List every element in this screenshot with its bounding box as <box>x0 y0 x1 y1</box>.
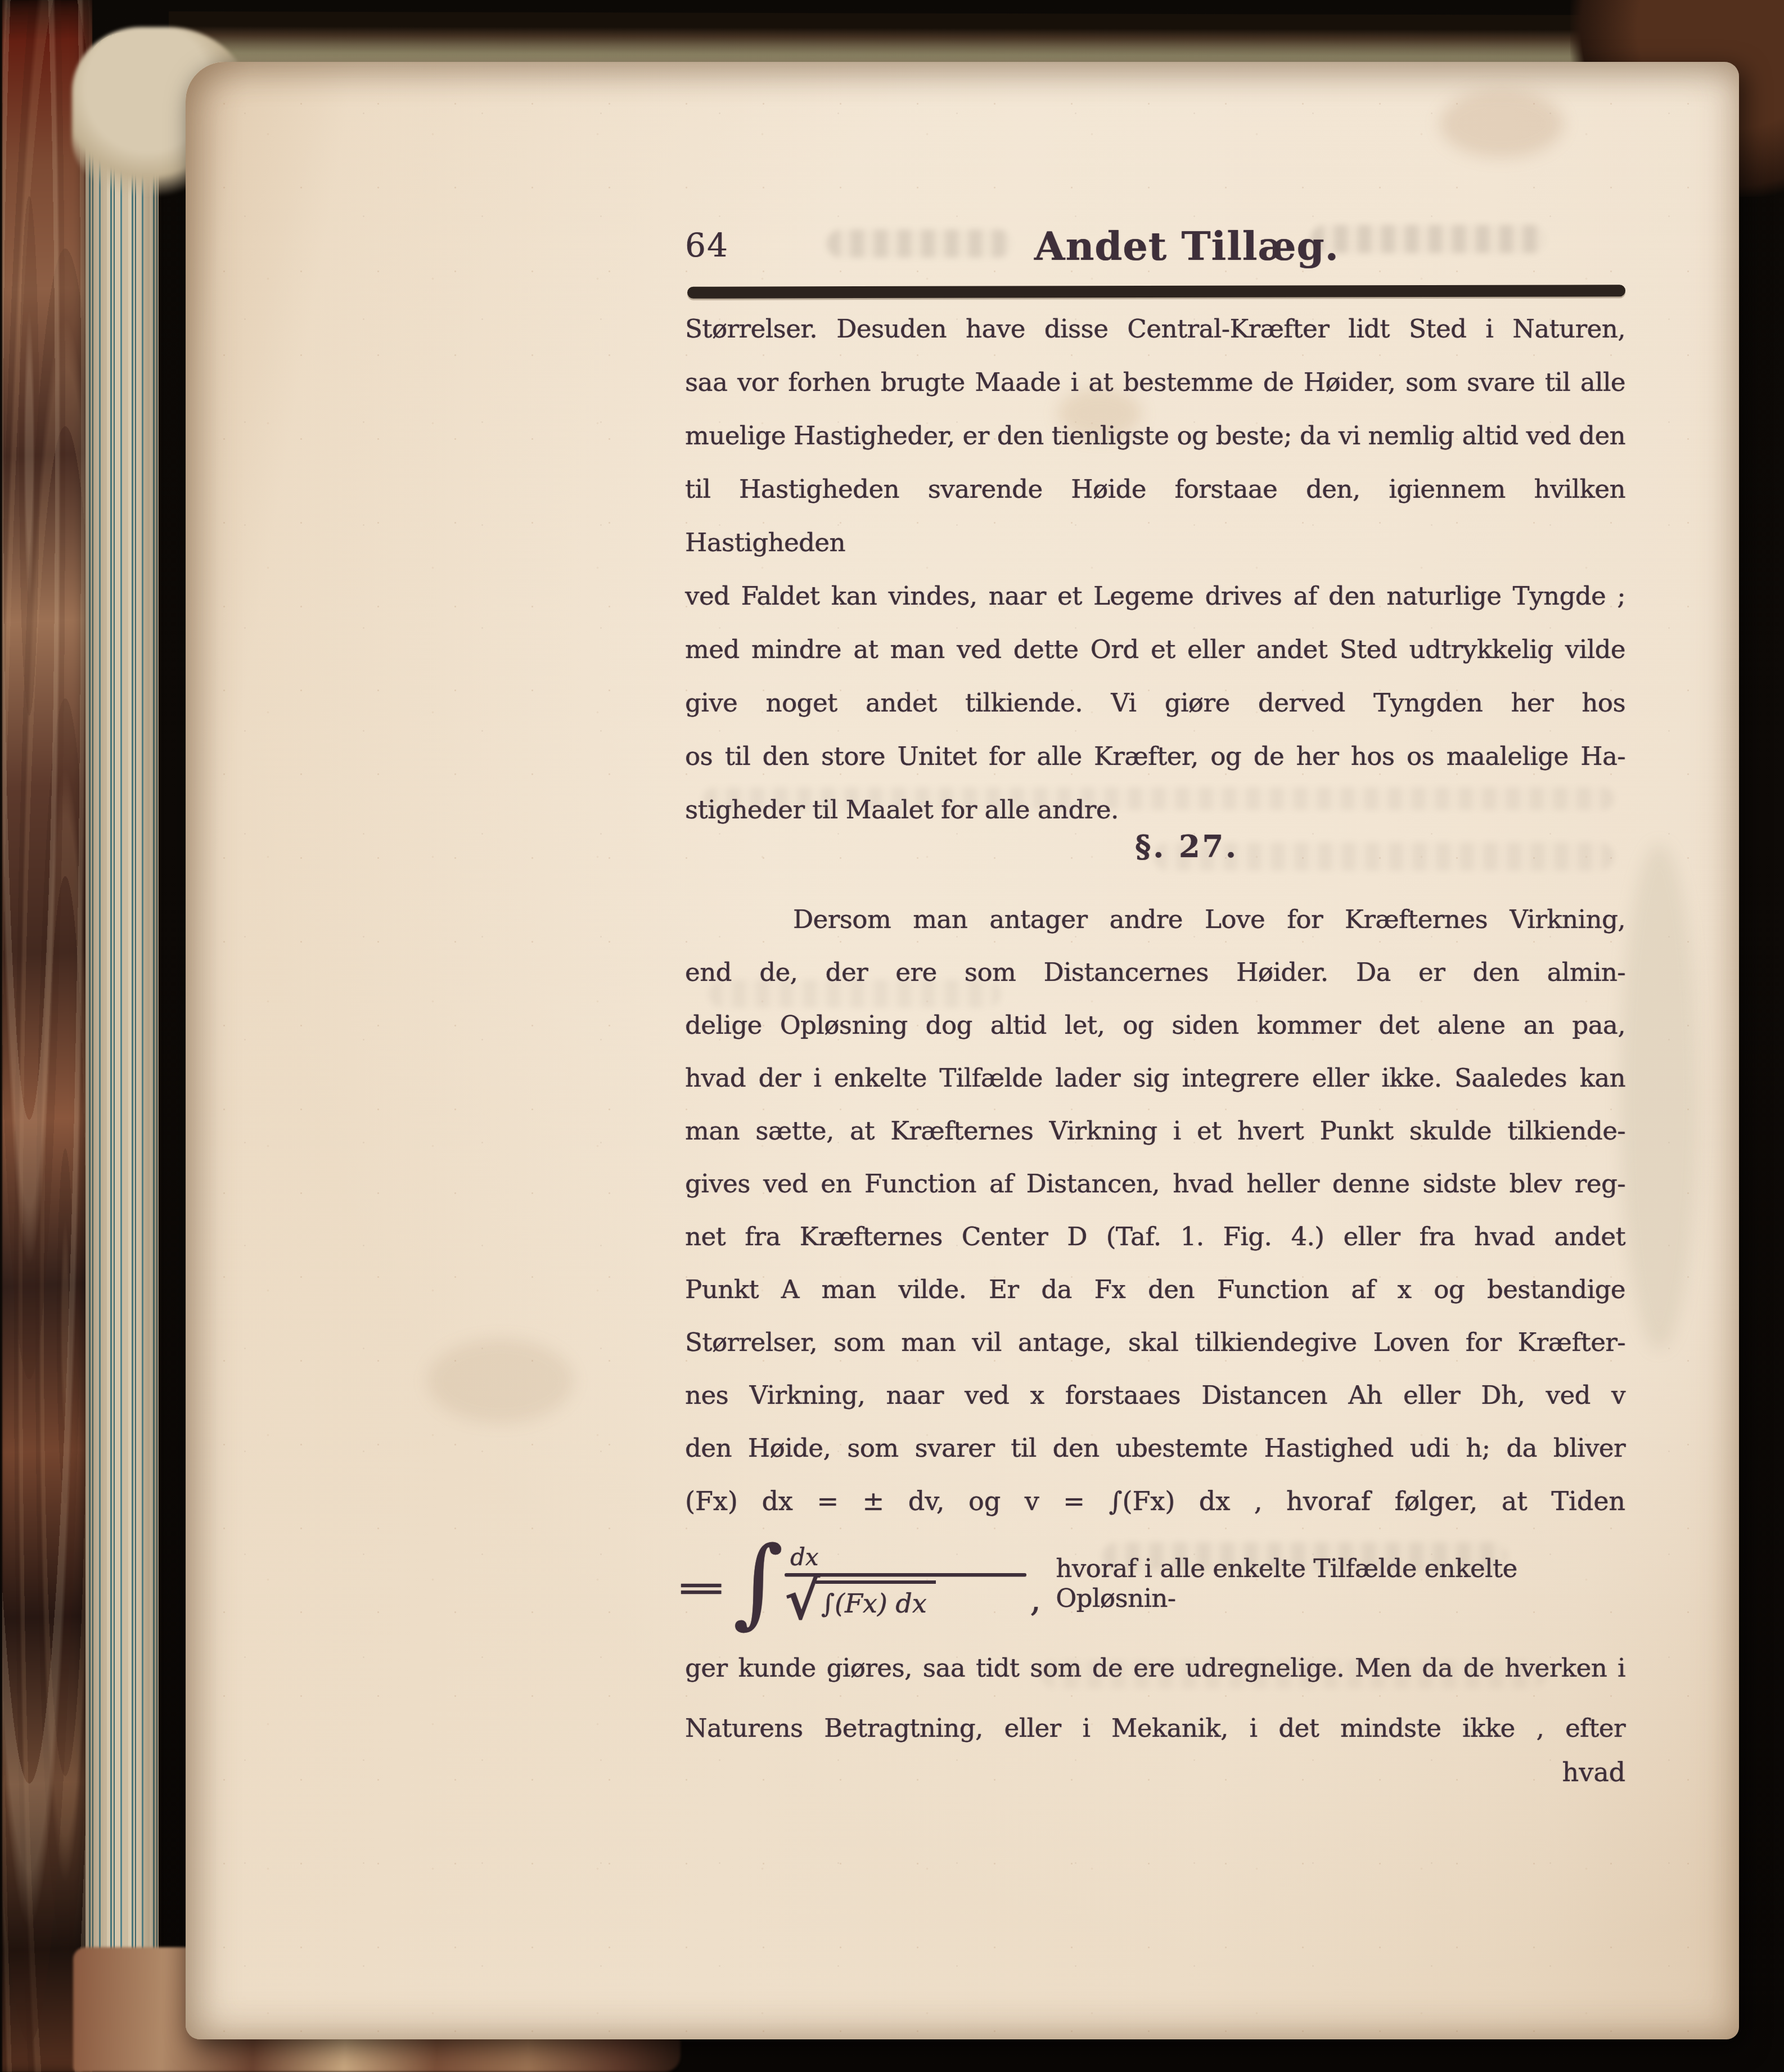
section-paragraph: Dersom man antager andre Love for Kræfte… <box>685 893 1625 1528</box>
radical-sign: √ <box>785 1580 820 1619</box>
running-title: Andet Tillæg. <box>685 223 1657 269</box>
text-line: Naturens Betragtning, eller i Mekanik, i… <box>685 1698 1625 1758</box>
display-formula: = ∫ dx √ ∫(Fx) dx , hvoraf i alle enkelt… <box>685 1519 1625 1639</box>
text-line: nes Virkning, naar ved x forstaaes Dista… <box>685 1369 1625 1422</box>
page-fore-edge-stripes <box>85 33 159 2038</box>
fraction-denominator: √ ∫(Fx) dx <box>785 1580 1026 1619</box>
text-line: give noget andet tilkiende. Vi giøre der… <box>685 676 1625 729</box>
text-line: den Høide, som svarer til den ubestemte … <box>685 1422 1625 1475</box>
fraction: dx √ ∫(Fx) dx <box>785 1543 1026 1619</box>
text-line: Størrelser, som man vil antage, skal til… <box>685 1316 1625 1369</box>
text-line: delige Opløsning dog altid let, og siden… <box>685 999 1625 1052</box>
text-line: Punkt A man vilde. Er da Fx den Function… <box>685 1263 1625 1316</box>
text-line: Størrelser. Desuden have disse Central-K… <box>685 302 1625 355</box>
text-line: hvad der i enkelte Tilfælde lader sig in… <box>685 1052 1625 1105</box>
text-line: til Hastigheden svarende Høide forstaae … <box>685 462 1625 569</box>
book-top-edge <box>169 11 1784 67</box>
fraction-bar <box>785 1573 1026 1576</box>
radicand: ∫(Fx) dx <box>816 1580 936 1619</box>
paper-stain <box>427 1339 574 1423</box>
book-scan: 64 Andet Tillæg. Størrelser. Desuden hav… <box>0 0 1784 2072</box>
fraction-numerator: dx <box>790 1543 819 1571</box>
text-line: saa vor forhen brugte Maade i at bestemm… <box>685 355 1625 409</box>
text-line: muelige Hastigheder, er den tienligste o… <box>685 409 1625 462</box>
section-heading: §. 27. <box>685 828 1657 864</box>
integral-sign: ∫ <box>733 1539 783 1626</box>
header-rule <box>687 285 1625 298</box>
text-line: gives ved en Function af Distancen, hvad… <box>685 1157 1625 1210</box>
marble-swirl-texture <box>2 0 92 2072</box>
formula-trailing-text: hvoraf i alle enkelte Tilfælde enkelte O… <box>1056 1553 1625 1613</box>
text-line: Dersom man antager andre Love for Kræfte… <box>685 893 1625 946</box>
equals-sign: = <box>674 1570 728 1606</box>
text-line: ger kunde giøres, saa tidt som de ere ud… <box>685 1638 1625 1698</box>
text-line: end de, der ere som Distancernes Høider.… <box>685 946 1625 999</box>
text-line: man sætte, at Kræfternes Virkning i et h… <box>685 1105 1625 1157</box>
text-line: net fra Kræfternes Center D (Taf. 1. Fig… <box>685 1210 1625 1263</box>
closing-paragraph: ger kunde giøres, saa tidt som de ere ud… <box>685 1638 1625 1758</box>
text-line: ved Faldet kan vindes, naar et Legeme dr… <box>685 569 1625 623</box>
catchword: hvad <box>685 1757 1625 1787</box>
paper-stain <box>1620 844 1699 1350</box>
paper-stain <box>1440 90 1564 157</box>
text-line: med mindre at man ved dette Ord et eller… <box>685 623 1625 676</box>
text-line: os til den store Unitet for alle Kræfter… <box>685 729 1625 783</box>
comma: , <box>1030 1578 1041 1620</box>
paragraph-continuation: Størrelser. Desuden have disse Central-K… <box>685 302 1625 836</box>
